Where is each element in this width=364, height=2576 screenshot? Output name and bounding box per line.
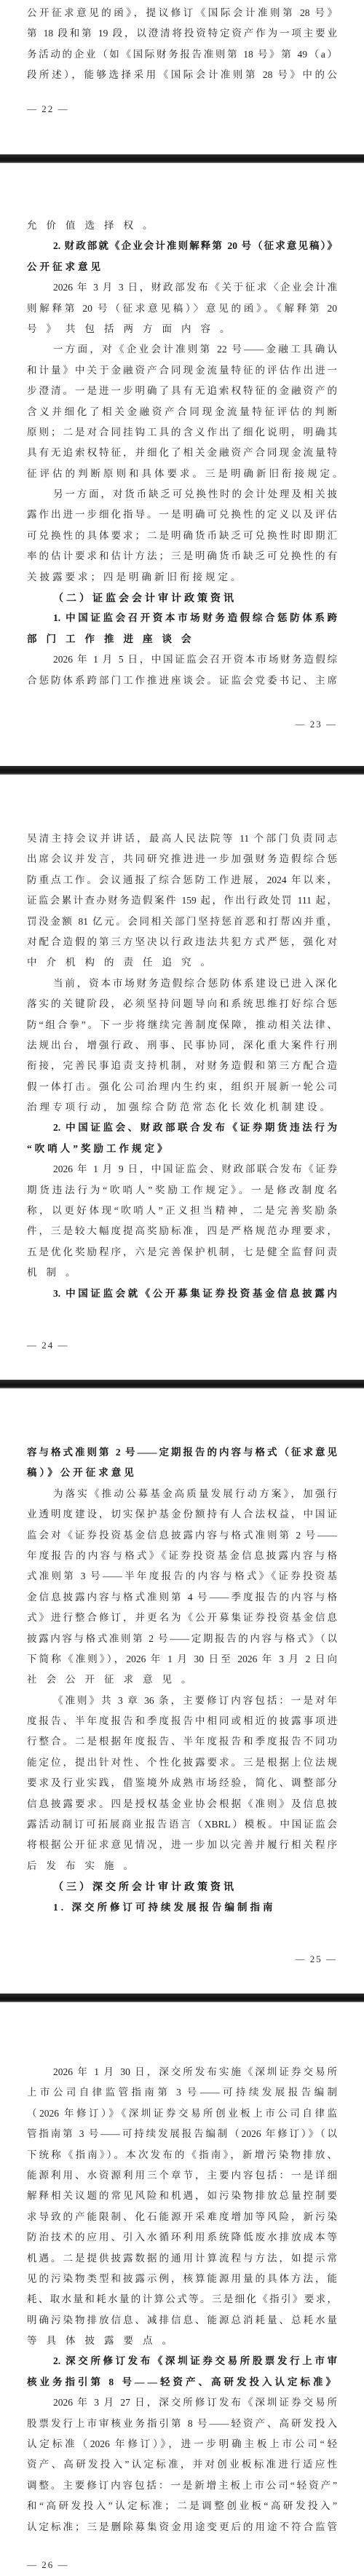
body-text-line: 下统称《指南》）。本次发布的《指南》，新增污染物排放、 bbox=[27, 2145, 337, 2165]
body-text-line: 信息披露要求。四是授权基金业协会根据《准则》及信息披 bbox=[27, 1794, 337, 1814]
body-text-line: 合惩防体系跨部门工作推进座谈会。证监会党委书记、主席 bbox=[27, 671, 337, 691]
body-text-line: 资产、高研发投入”认定标准，并对创业板标准进行适应性 bbox=[27, 2454, 337, 2475]
body-text-line: 和计量》中关于金融资产合同现金流量特征的评估作出进一 bbox=[27, 360, 337, 381]
body-text-line: 原则；二是对合同挂钩工具的含义作出了细化说明，明确其 bbox=[27, 422, 337, 443]
body-text-line: 号》共包括两方面内容。 bbox=[27, 319, 337, 339]
page-separator bbox=[0, 154, 364, 163]
item-heading-line: “吹哨人”奖励工作规定》 bbox=[27, 1139, 337, 1159]
pdf-page: 公开征求意见的函》，提议修订《国际会计准则第 28 号》第 18 段和第 19 … bbox=[0, 0, 364, 154]
body-text-line: 步澄清。一是进一步明确了具有无追索权特征的金融资产的 bbox=[27, 381, 337, 401]
body-text-line: 认定标准（2026 年修订）》，进一步明确主板上市公司“轻 bbox=[27, 2434, 337, 2454]
body-text-line: 等具体披露要点。 bbox=[27, 2331, 337, 2351]
body-text-line: 股票发行上市审核业务指引第 8 号——轻资产、高研发投入 bbox=[27, 2414, 337, 2434]
page-number: — 25 — bbox=[296, 1952, 338, 1967]
item-heading-line: 部门工作推进座谈会 bbox=[27, 629, 337, 649]
pdf-page: 允价值选择权。2. 财政部就《企业会计准则解释第 20 号（征求意见稿）》公开征… bbox=[0, 163, 364, 766]
body-text-line: 落实的关键阶段，必须坚持问题导向和系统思维打好综合惩 bbox=[27, 994, 337, 1014]
body-text-line: 认定标准；三是删除募集资金用途变更后的用途不符合监管 bbox=[27, 2517, 337, 2537]
body-text-line: 征评估的判断原则和具体要求。三是明确新旧衔接规定。 bbox=[27, 464, 337, 484]
page-separator bbox=[0, 1994, 364, 2002]
page-number: — 26 — bbox=[27, 2558, 69, 2572]
body-text-line: 一方面，对《企业会计准则第 22 号——金融工具确认 bbox=[27, 339, 337, 360]
page-text-block: 允价值选择权。2. 财政部就《企业会计准则解释第 20 号（征求意见稿）》公开征… bbox=[27, 216, 337, 691]
body-text-line: 能源利用、水资源利用三个章节，主要内容包括：一是详细 bbox=[27, 2165, 337, 2186]
body-text-line: 上市公司自律监管指南第 3 号——可持续发展报告编制 bbox=[27, 2082, 337, 2103]
body-text-line: 衔接，完善民事追责支持机制，对财务造假和第三方配合造 bbox=[27, 1056, 337, 1076]
pdf-document-view: 公开征求意见的函》，提议修订《国际会计准则第 28 号》第 18 段和第 19 … bbox=[0, 0, 364, 2576]
body-text-line: 具有无追索权特征，并细化了相关金融资产合同现金流量特 bbox=[27, 443, 337, 463]
body-text-line: 金信息披露内容与格式准则第 4 号——季度报告的内容与格 bbox=[27, 1587, 337, 1608]
body-text-line: 披露内容与格式准则第 2 号——定期报告的内容与格式》（以 bbox=[27, 1629, 337, 1649]
body-text-line: 防重点工作。会议通报了综合惩防工作进展，2024 年以来， bbox=[27, 870, 337, 890]
page-separator bbox=[0, 1380, 364, 1388]
item-heading-line: 1. 深交所修订可持续发展报告编制指南 bbox=[27, 1897, 337, 1918]
page-number: — 23 — bbox=[296, 717, 338, 732]
body-text-line: 能定位，提出针对性、个性化披露要求。三是根据上位法规 bbox=[27, 1753, 337, 1773]
body-text-line: 露活动制订可拓展商业报告语言（XBRL）模板。中国证监会 bbox=[27, 1814, 337, 1835]
item-heading-line: 3. 中国证监会就《公开募集证券投资基金信息披露内 bbox=[27, 1284, 337, 1304]
body-text-line: 为落实《推动公募基金高质量发展行动方案》，加强行 bbox=[27, 1484, 337, 1504]
body-text-line: 率的估计要求和估计方法；三是明确货币缺乏可兑换性的有 bbox=[27, 546, 337, 566]
body-text-line: 另一方面，对货币缺乏可兑换性时的会计处理及相关披 bbox=[27, 484, 337, 505]
body-text-line: 对配合造假的第三方坚决以行政违法共犯方式严惩，强化对 bbox=[27, 932, 337, 952]
item-heading-line: 核业务指引第 8 号——轻资产、高研发投入认定标准》 bbox=[27, 2372, 337, 2393]
pdf-page: 容与格式准则第 2 号——定期报告的内容与格式（征求意见稿）》公开征求意见为落实… bbox=[0, 1388, 364, 1994]
body-text-line: 假一体打击。强化公司治理内生约束，组织开展新一轮公司 bbox=[27, 1077, 337, 1097]
body-text-line: 露作出进一步细化指导。一是明确可兑换性的定义以及评估 bbox=[27, 505, 337, 525]
body-text-line: 防治技术的应用、引入水循环利用系统降低废水排放成本等 bbox=[27, 2227, 337, 2248]
section-heading-line: （二）证监会会计审计政策资讯 bbox=[27, 588, 337, 608]
body-text-line: 行整合。二是根据年度报告、半年度报告和季度报告不同功 bbox=[27, 1731, 337, 1752]
body-text-line: 可兑换性的具体要求；二是明确货币缺乏可兑换性时即期汇 bbox=[27, 526, 337, 546]
body-text-line: 调整。主要修订内容包括：一是新增主板上市公司“轻资产” bbox=[27, 2476, 337, 2496]
body-text-line: 中介机构的责任追究。 bbox=[27, 952, 337, 973]
page-text-block: 公开征求意见的函》，提议修订《国际会计准则第 28 号》第 18 段和第 19 … bbox=[27, 3, 337, 86]
body-text-line: 管指南第 3 号——可持续发展报告编制（2026 年修订）》（以 bbox=[27, 2124, 337, 2144]
body-text-line: 证监会累计查办财务造假案件 159 起，作出行政处罚 111 起， bbox=[27, 890, 337, 911]
page-text-block: 2026 年 1 月 30 日，深交所发布实施《深圳证券交易所上市公司自律监管指… bbox=[27, 2062, 337, 2537]
page-number: — 24 — bbox=[27, 1338, 69, 1353]
body-text-line: 则解释第 20 号（征求意见稿）〉意见的函》。《解释第 20 bbox=[27, 299, 337, 319]
body-text-line: 机遇。二是提供披露数据的通用计算流程与方法，如提示常 bbox=[27, 2248, 337, 2269]
body-text-line: 五是优化奖励程序，六是完善保护机制，七是健全监督问责 bbox=[27, 1242, 337, 1263]
body-text-line: 第 18 段和第 19 段，以澄清将投资特定资产作为一项主要业 bbox=[27, 23, 337, 44]
body-text-line: 件，三是较大幅度提高奖励标准，四是严格规范办理要求， bbox=[27, 1221, 337, 1241]
pdf-page: 吴清主持会议并讲话，最高人民法院等 11 个部门负责同志出席会议并发言，共同研究… bbox=[0, 775, 364, 1380]
item-heading-line: 2. 深交所修订发布《深圳证券交易所股票发行上市审 bbox=[27, 2351, 337, 2371]
body-text-line: 当前，资本市场财务造假综合惩防体系建设已进入深化 bbox=[27, 973, 337, 994]
body-text-line: 社会公开征求意见。 bbox=[27, 1670, 337, 1690]
body-text-line: 解释相关议题的常见风险和机遇，如污染物排放总量控制要 bbox=[27, 2186, 337, 2206]
page-text-block: 吴清主持会议并讲话，最高人民法院等 11 个部门负责同志出席会议并发言，共同研究… bbox=[27, 829, 337, 1304]
body-text-line: 式》进行整合修订，并更名为《公开募集证券投资基金信息 bbox=[27, 1608, 337, 1628]
body-text-line: 称，以更好体现“吹哨人”正义担当精神，二是完善奖励条 bbox=[27, 1201, 337, 1221]
body-text-line: 段所述），能够选择采用《国际会计准则第 28 号》中的公 bbox=[27, 65, 337, 85]
body-text-line: 2026 年 3 月 27 日，深交所修订发布《深圳证券交易所 bbox=[27, 2393, 337, 2413]
item-heading-line: 公开征求意见 bbox=[27, 257, 337, 277]
body-text-line: 公开征求意见的函》，提议修订《国际会计准则第 28 号》 bbox=[27, 3, 337, 23]
body-text-line: 治理专项行动，加强综合防范常态化长效化机制建设。 bbox=[27, 1097, 337, 1118]
body-text-line: 机制。 bbox=[27, 1263, 337, 1283]
body-text-line: 将根据公开征求意见情况，进一步加以完善并履行相关程序 bbox=[27, 1835, 337, 1855]
body-text-line: 耗、取水量和耗水量的计算公式等。三是细化《指引》要求， bbox=[27, 2289, 337, 2310]
body-text-line: 和“高研发投入”认定标准；二是调整创业板“高研发投入” bbox=[27, 2496, 337, 2516]
page-text-block: 容与格式准则第 2 号——定期报告的内容与格式（征求意见稿）》公开征求意见为落实… bbox=[27, 1442, 337, 1918]
item-heading-line: 1. 中国证监会召开资本市场财务造假综合惩防体系跨 bbox=[27, 608, 337, 628]
body-text-line: 含义并细化了相关金融资产合同现金流量特征评估的判断 bbox=[27, 402, 337, 422]
body-text-line: 罚没金额 81 亿元。会同相关部门坚持惩首恶和打帮凶并重， bbox=[27, 912, 337, 932]
body-text-line: 式准则第 3 号——半年度报告的内容与格式》《证券投资基 bbox=[27, 1566, 337, 1587]
item-heading-line: 2. 中国证监会、财政部联合发布《证券期货违法行为 bbox=[27, 1118, 337, 1138]
body-text-line: 见的污染物类型和披露示例，核算能源用量的具体方法，能 bbox=[27, 2269, 337, 2289]
body-text-line: 下简称《准则》），2026 年 1 月 30 日至 2026 年 3 月 2 日… bbox=[27, 1649, 337, 1670]
body-text-line: （2026 年修订）》《深圳证券交易所创业板上市公司自律监 bbox=[27, 2103, 337, 2124]
body-text-line: 允价值选择权。 bbox=[27, 216, 337, 236]
body-text-line: 关披露要求；四是明确新旧衔接规定。 bbox=[27, 567, 337, 588]
body-text-line: 《准则》共 3 章 36 条，主要修订内容包括：一是对年 bbox=[27, 1691, 337, 1711]
body-text-line: 防“组合拳”。下一步将继续完善制度保障，推动相关法律、 bbox=[27, 1015, 337, 1035]
body-text-line: 业透明度建设，切实保护基金份额持有人合法权益，中国证 bbox=[27, 1504, 337, 1525]
body-text-line: 2026 年 1 月 30 日，深交所发布实施《深圳证券交易所 bbox=[27, 2062, 337, 2082]
body-text-line: 期货违法行为“吹哨人”奖励工作规定》。一是修改制度名 bbox=[27, 1180, 337, 1201]
pdf-page: 2026 年 1 月 30 日，深交所发布实施《深圳证券交易所上市公司自律监管指… bbox=[0, 2002, 364, 2576]
body-text-line: 出席会议并发言，共同研究推进进一步加强财务造假综合惩 bbox=[27, 849, 337, 869]
body-text-line: 法规出台，增强行政、刑事、民事协同，深化重大案件行刑 bbox=[27, 1035, 337, 1056]
item-heading-line: 容与格式准则第 2 号——定期报告的内容与格式（征求意见 bbox=[27, 1442, 337, 1463]
body-text-line: 年度报告的内容与格式》《证券投资基金信息披露内容与格 bbox=[27, 1546, 337, 1566]
body-text-line: 度报告、半年度报告和季度报告中相同或相近的披露事项进 bbox=[27, 1711, 337, 1731]
body-text-line: 求导致的产能限制、化石能源开采难度增加等风险，新污染 bbox=[27, 2207, 337, 2227]
body-text-line: 吴清主持会议并讲话，最高人民法院等 11 个部门负责同志 bbox=[27, 829, 337, 849]
body-text-line: 明确污染物排放信息、减排信息、能源总消耗量、总耗水量 bbox=[27, 2310, 337, 2331]
page-separator bbox=[0, 766, 364, 775]
page-number: — 22 — bbox=[27, 102, 69, 116]
body-text-line: 2026 年 1 月 5 日，中国证监会召开资本市场财务造假综 bbox=[27, 649, 337, 670]
body-text-line: 务活动的企业（如《国际财务报告准则第 18 号》第 49（a） bbox=[27, 44, 337, 65]
body-text-line: 2026 年 1 月 9 日，中国证监会、财政部联合发布《证券 bbox=[27, 1159, 337, 1180]
body-text-line: 要求及行业实践，借鉴境外成熟市场经验，简化、调整部分 bbox=[27, 1773, 337, 1793]
body-text-line: 监会对《证券投资基金信息披露内容与格式准则第 2 号—— bbox=[27, 1525, 337, 1546]
body-text-line: 2026 年 3 月 3 日，财政部发布《关于征求〈企业会计准 bbox=[27, 277, 337, 298]
item-heading-line: 稿）》公开征求意见 bbox=[27, 1463, 337, 1483]
section-heading-line: （三）深交所会计审计政策资讯 bbox=[27, 1876, 337, 1897]
body-text-line: 后发布实施。 bbox=[27, 1856, 337, 1876]
item-heading-line: 2. 财政部就《企业会计准则解释第 20 号（征求意见稿）》 bbox=[27, 236, 337, 256]
